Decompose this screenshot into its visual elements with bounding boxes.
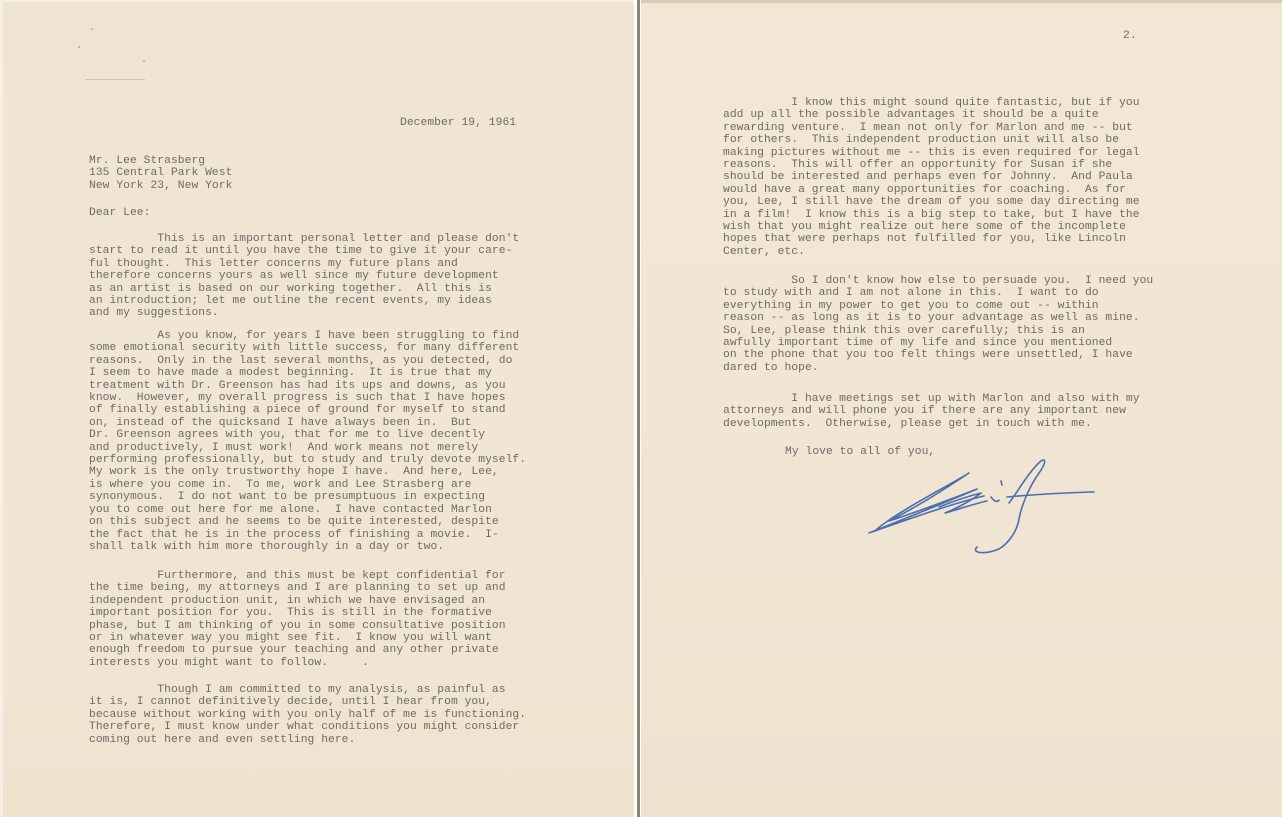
paragraph-6: So I don't know how else to persuade you… — [723, 275, 1153, 374]
paper-speck — [143, 60, 145, 62]
document-viewer: December 19, 1961 Mr. Lee Strasberg 135 … — [0, 0, 1282, 817]
paper-mark — [85, 79, 145, 80]
page-divider — [637, 0, 640, 817]
letter-page-1: December 19, 1961 Mr. Lee Strasberg 135 … — [0, 0, 634, 817]
salutation: Dear Lee: — [89, 207, 150, 219]
paragraph-2: As you know, for years I have been strug… — [89, 330, 526, 553]
paragraph-3: Furthermore, and this must be kept confi… — [89, 570, 506, 669]
paragraph-7: I have meetings set up with Marlon and a… — [723, 393, 1140, 430]
letter-page-2: 2. I know this might sound quite fantast… — [641, 0, 1282, 817]
paper-speck — [91, 28, 93, 30]
paragraph-5: I know this might sound quite fantastic,… — [723, 97, 1140, 258]
paper-speck — [78, 46, 80, 48]
letter-date: December 19, 1961 — [400, 117, 516, 129]
signature-icon — [859, 451, 1099, 561]
paragraph-4: Though I am committed to my analysis, as… — [89, 684, 526, 746]
recipient-address: Mr. Lee Strasberg 135 Central Park West … — [89, 155, 232, 192]
page-number: 2. — [1123, 30, 1137, 42]
paragraph-1: This is an important personal letter and… — [89, 233, 519, 320]
